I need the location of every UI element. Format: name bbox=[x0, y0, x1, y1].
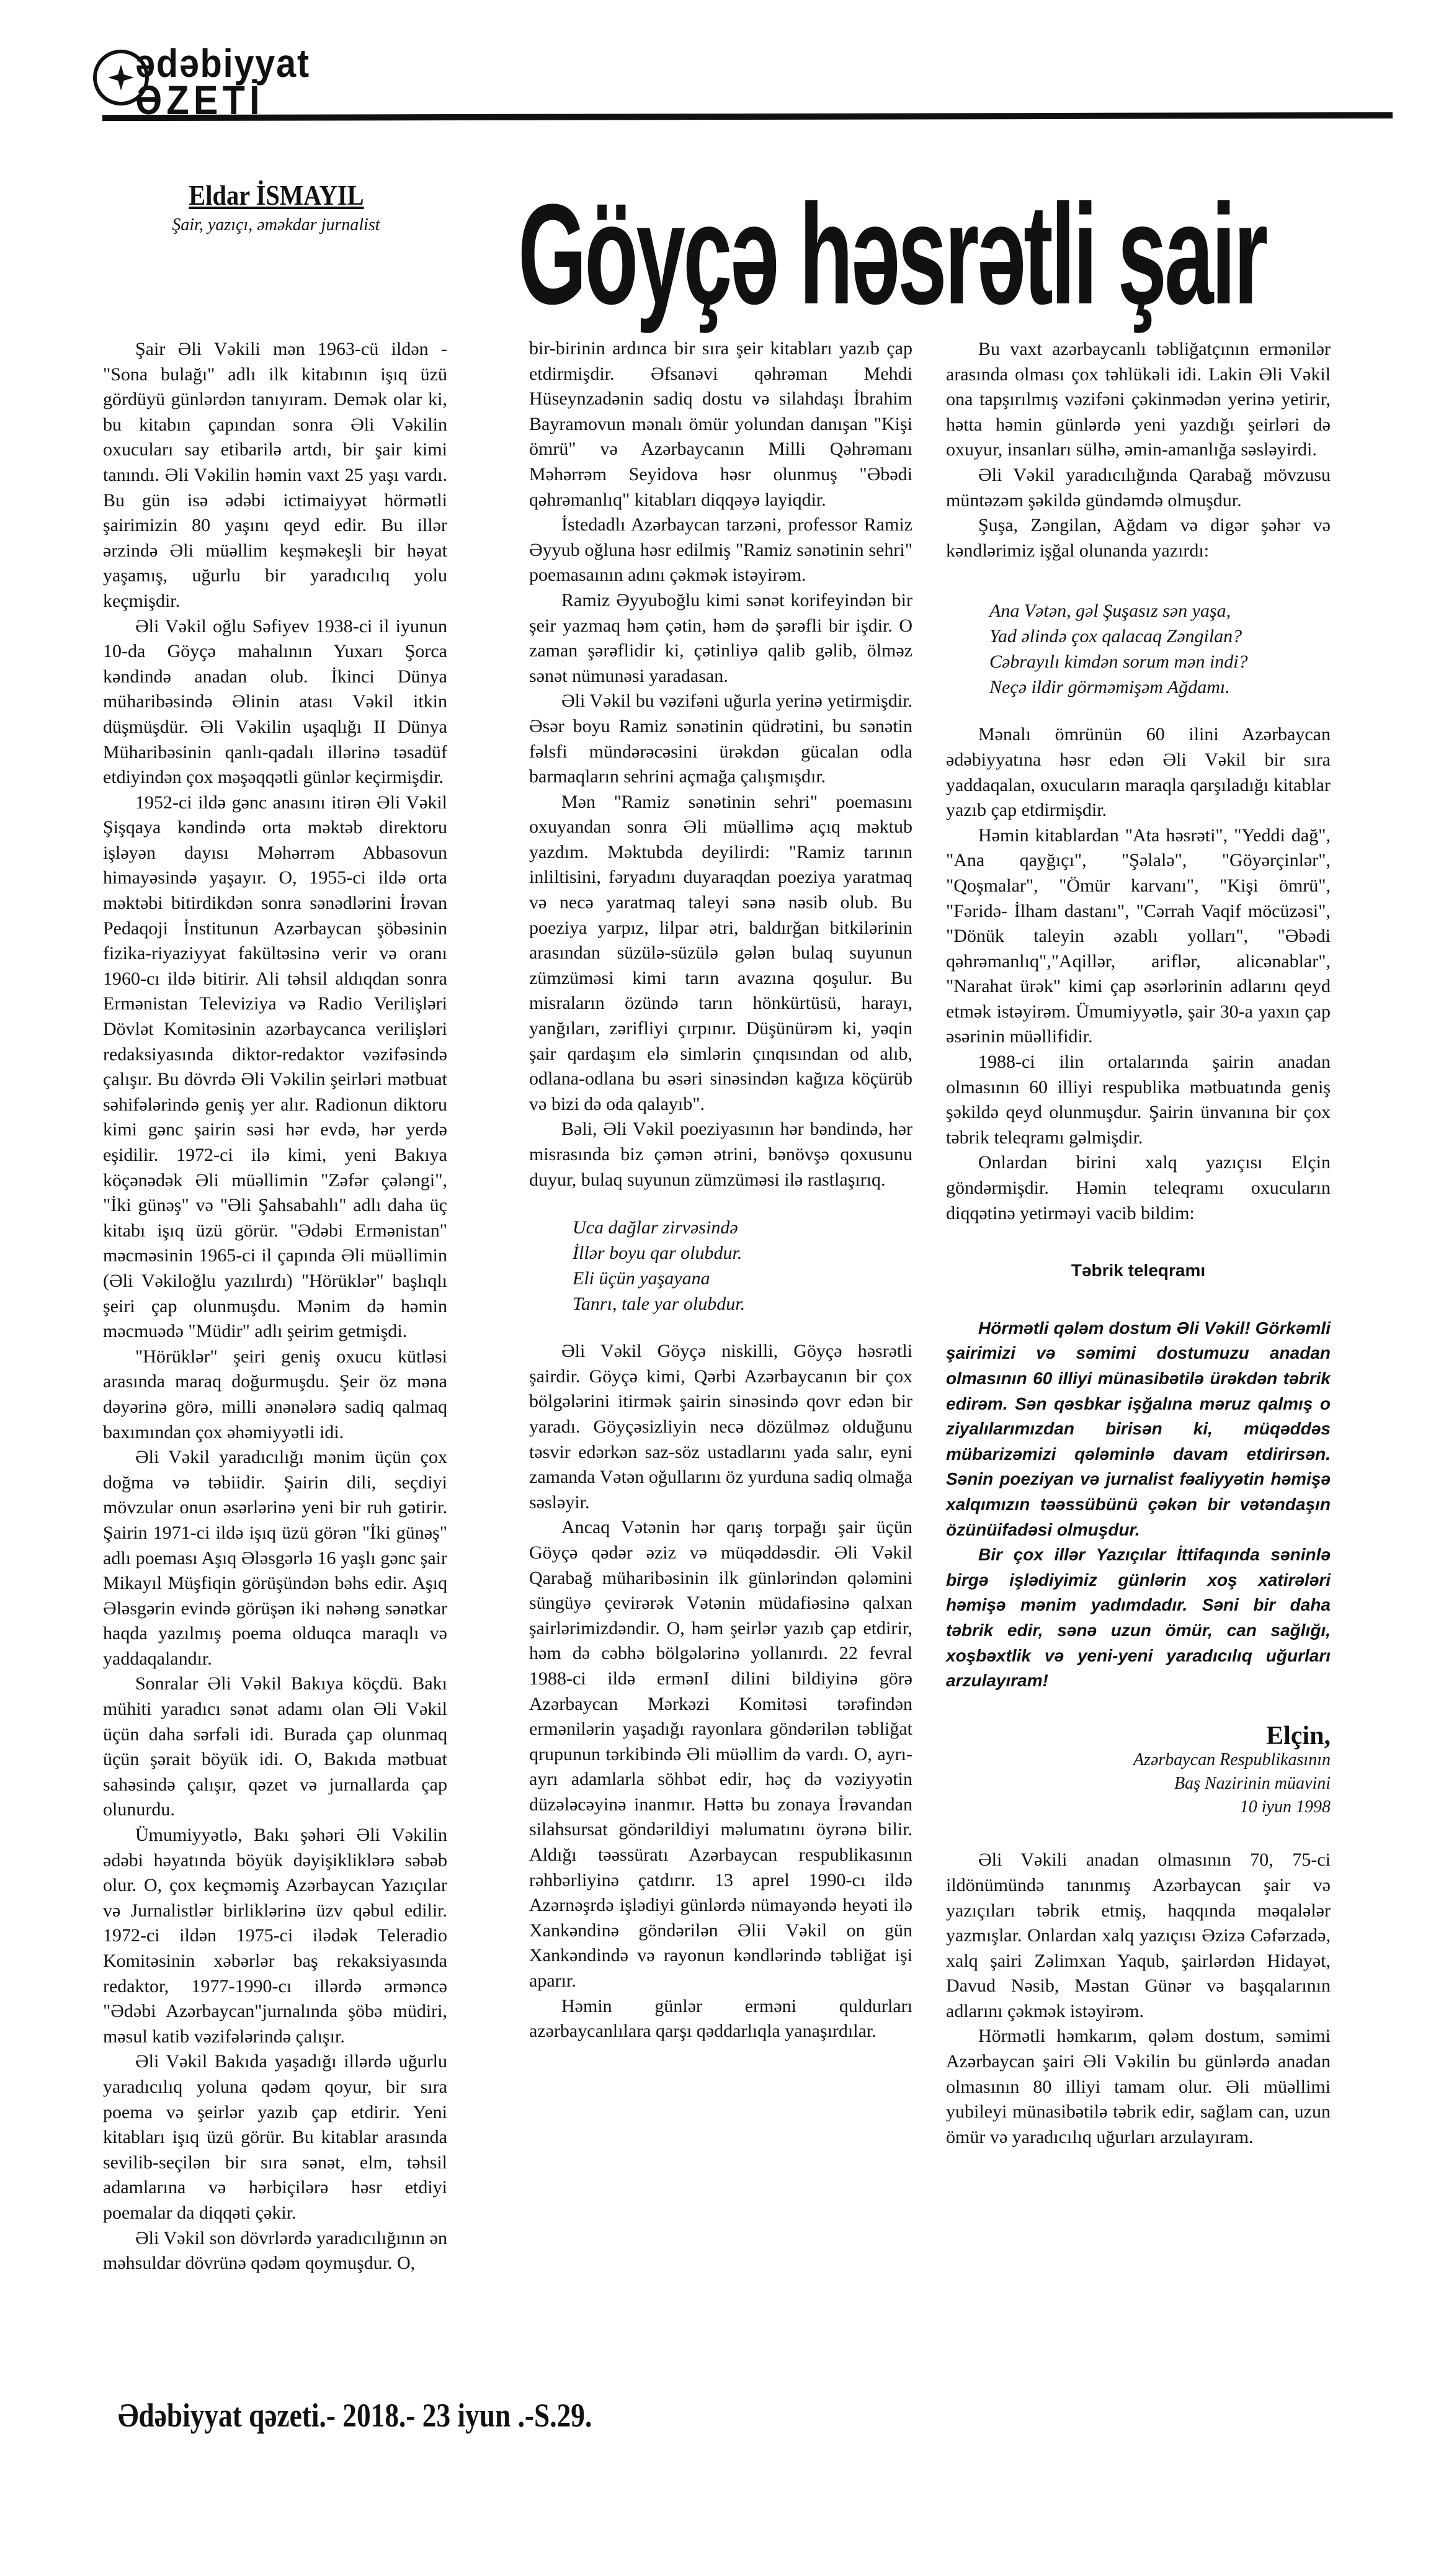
paragraph: Ramiz Əyyuboğlu kimi sənət korifeyindən … bbox=[529, 588, 912, 689]
poem-line: Eli üçün yaşayana bbox=[573, 1266, 912, 1291]
masthead-rule bbox=[102, 112, 1393, 121]
paragraph: Əli Vəkil son dövrlərdə yaradıcılığının … bbox=[103, 2226, 447, 2276]
paragraph: Şair Əli Vəkili mən 1963-cü ildən - "Son… bbox=[103, 337, 447, 614]
paragraph: Həmin kitablardan "Ata həsrəti", "Yeddi … bbox=[946, 823, 1331, 1050]
byline: Eldar İSMAYIL Şair, yazıçı, əməkdar jurn… bbox=[102, 179, 450, 235]
column-2: bir-birinin ardınca bir sıra şeir kitabl… bbox=[529, 336, 912, 2044]
paragraph: Mənalı ömrünün 60 ilini Azərbaycan ədəbi… bbox=[946, 722, 1331, 823]
poem-line: Cəbrayılı kimdən sorum mən indi? bbox=[989, 649, 1331, 674]
signature-date: 10 iyun 1998 bbox=[946, 1796, 1331, 1819]
poem-line: Yad əlində çox qalacaq Zəngilan? bbox=[989, 624, 1331, 649]
paragraph: bir-birinin ardınca bir sıra şeir kitabl… bbox=[529, 336, 912, 512]
poem-stanza: Uca dağlar zirvəsində İllər boyu qar olu… bbox=[573, 1215, 912, 1317]
signature-title-2: Baş Nazirinin müavini bbox=[946, 1772, 1331, 1796]
article-title: Göyçə həsrətli şair bbox=[518, 183, 1056, 326]
paragraph: Həmin günlər erməni quldurları azərbayca… bbox=[529, 1994, 912, 2044]
paragraph: Hörmətli həmkarım, qələm dostum, səmimi … bbox=[946, 2024, 1331, 2150]
paragraph: Ancaq Vətənin hər qarış torpağı şair üçü… bbox=[529, 1515, 912, 1993]
newspaper-logo: ədəbiyyat ƏZETİ bbox=[93, 43, 279, 118]
telegram-paragraph: Hörmətli qələm dostum Əli Vəkil! Görkəml… bbox=[946, 1316, 1331, 1542]
poem-stanza: Ana Vətən, gəl Şuşasız sən yaşa, Yad əli… bbox=[989, 598, 1331, 700]
paragraph: Bəli, Əli Vəkil poeziyasının hər bəndind… bbox=[529, 1117, 912, 1192]
column-3: Bu vaxt azərbaycanlı təbliğatçının ermən… bbox=[946, 337, 1331, 2150]
poem-line: Uca dağlar zirvəsində bbox=[573, 1215, 912, 1240]
paragraph: Əli Vəkil yaradıcılığı mənim üçün çox do… bbox=[103, 1445, 447, 1671]
paragraph: Ümumiyyətlə, Bakı şəhəri Əli Vəkilin ədə… bbox=[103, 1823, 447, 2049]
poem-line: Neçə ildir görməmişəm Ağdamı. bbox=[989, 674, 1331, 700]
poem-line: Tanrı, tale yar olubdur. bbox=[573, 1291, 912, 1317]
paragraph: Sonralar Əli Vəkil Bakıya köçdü. Bakı mü… bbox=[103, 1671, 447, 1823]
telegram-signature: Elçin, Azərbaycan Respublikasının Baş Na… bbox=[946, 1724, 1331, 1820]
telegram-title: Təbrik teleqramı bbox=[946, 1258, 1331, 1284]
author-role: Şair, yazıçı, əməkdar jurnalist bbox=[102, 215, 450, 235]
paragraph: Bu vaxt azərbaycanlı təbliğatçının ermən… bbox=[946, 337, 1331, 463]
paragraph: Əli Vəkil bu vəzifəni uğurla yerinə yeti… bbox=[529, 689, 912, 789]
telegram-body: Hörmətli qələm dostum Əli Vəkil! Görkəml… bbox=[946, 1316, 1331, 1694]
poem-line: İllər boyu qar olubdur. bbox=[573, 1240, 912, 1266]
paragraph: Onlardan birini xalq yazıçısı Elçin gönd… bbox=[946, 1150, 1331, 1226]
column-1: Şair Əli Vəkili mən 1963-cü ildən - "Son… bbox=[103, 337, 447, 2276]
signature-title-1: Azərbaycan Respublikasının bbox=[946, 1748, 1331, 1772]
paragraph: İstedadlı Azərbaycan tarzəni, professor … bbox=[529, 512, 912, 588]
paragraph: "Hörüklər" şeiri geniş oxucu kütləsi ara… bbox=[103, 1344, 447, 1445]
telegram-paragraph: Bir çox illər Yazıçılar İttifaqında səni… bbox=[946, 1542, 1331, 1694]
signature-name: Elçin, bbox=[946, 1724, 1331, 1749]
paragraph: 1952-ci ildə gənc anasını itirən Əli Vək… bbox=[103, 790, 447, 1344]
paragraph: Əli Vəkil oğlu Səfiyev 1938-ci il iyunun… bbox=[103, 614, 447, 790]
paragraph: Əli Vəkil Göyçə niskilli, Göyçə həsrətli… bbox=[529, 1339, 912, 1515]
paragraph: Əli Vəkil yaradıcılığında Qarabağ mövzus… bbox=[946, 463, 1331, 513]
paragraph: Əli Vəkili anadan olmasının 70, 75-ci il… bbox=[946, 1848, 1331, 2024]
author-name: Eldar İSMAYIL bbox=[189, 179, 363, 212]
paragraph: Şuşa, Zəngilan, Ağdam və digər şəhər və … bbox=[946, 513, 1331, 563]
paragraph: Mən "Ramiz sənətinin sehri" poemasını ox… bbox=[529, 790, 912, 1117]
source-citation: Ədəbiyyat qəzeti.- 2018.- 23 iyun .-S.29… bbox=[118, 2396, 592, 2435]
paragraph: 1988-ci ilin ortalarında şairin anadan o… bbox=[946, 1050, 1331, 1150]
poem-line: Ana Vətən, gəl Şuşasız sən yaşa, bbox=[989, 598, 1331, 624]
paragraph: Əli Vəkil Bakıda yaşadığı illərdə uğurlu… bbox=[103, 2049, 447, 2225]
